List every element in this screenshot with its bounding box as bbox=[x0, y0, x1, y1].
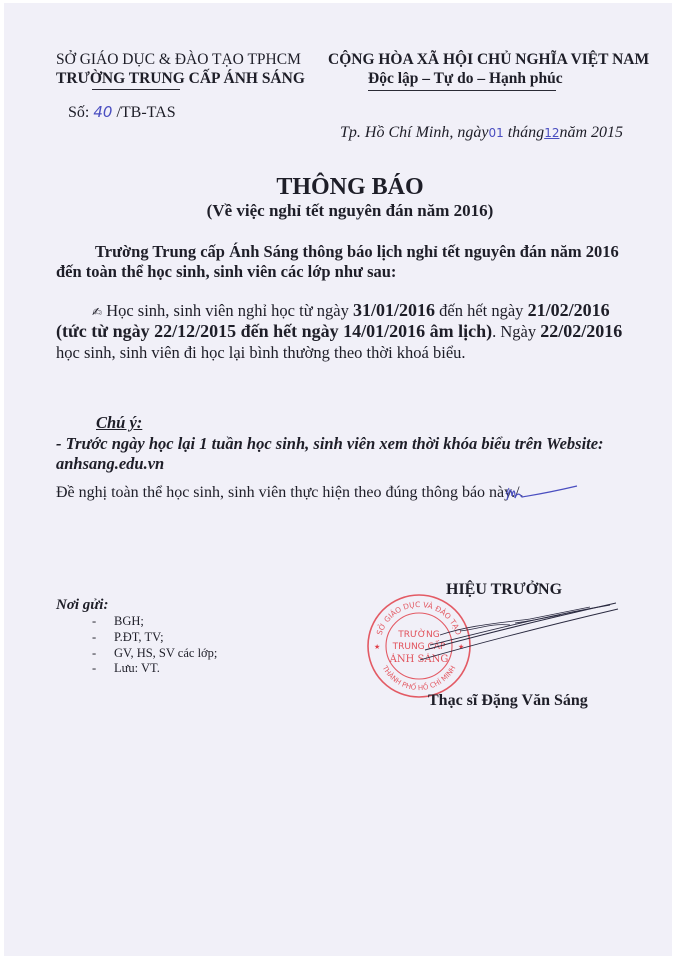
schedule-line-2: (tức từ ngày 22/12/2015 đến hết ngày 14/… bbox=[56, 321, 622, 342]
intro-line-1: Trường Trung cấp Ánh Sáng thông báo lịch… bbox=[95, 242, 619, 262]
document-subtitle: (Về việc nghỉ tết nguyên đán năm 2016) bbox=[0, 201, 700, 221]
handwritten-initials-icon bbox=[503, 482, 579, 504]
schedule-text-3: . Ngày bbox=[492, 322, 536, 341]
school-underline bbox=[92, 89, 180, 90]
document-title: THÔNG BÁO bbox=[0, 174, 700, 201]
motto: Độc lập – Tự do – Hạnh phúc bbox=[368, 70, 563, 88]
recipient-item: -P.ĐT, TV; bbox=[92, 630, 164, 645]
pen-icon: ✍ bbox=[92, 305, 102, 319]
date-month-label: tháng bbox=[508, 124, 544, 141]
date-month: 12 bbox=[544, 126, 559, 140]
motto-underline bbox=[368, 90, 556, 91]
document-number: Số:40/TB-TAS bbox=[68, 103, 176, 122]
start-date: 31/01/2016 bbox=[353, 300, 435, 320]
date-place: Tp. Hồ Chí Minh, ngày bbox=[340, 124, 488, 141]
school-name: TRƯỜNG TRUNG CẤP ÁNH SÁNG bbox=[56, 70, 305, 88]
note-label: Chú ý: bbox=[96, 413, 142, 433]
recipient-item: -GV, HS, SV các lớp; bbox=[92, 646, 217, 661]
note-website: anhsang.edu.vn bbox=[56, 454, 164, 474]
note-line-1: - Trước ngày học lại 1 tuần học sinh, si… bbox=[56, 434, 604, 454]
lunar-dates: (tức từ ngày 22/12/2015 đến hết ngày 14/… bbox=[56, 321, 492, 341]
signature-icon bbox=[420, 595, 620, 665]
recipient-item: -BGH; bbox=[92, 614, 144, 629]
number-handwritten: 40 bbox=[93, 103, 112, 121]
nation-heading: CỘNG HÒA XÃ HỘI CHỦ NGHĨA VIỆT NAM bbox=[328, 51, 649, 69]
signatory-name: Thạc sĩ Đặng Văn Sáng bbox=[428, 692, 588, 710]
date-line: Tp. Hồ Chí Minh, ngày01 tháng12năm 2015 bbox=[340, 124, 623, 142]
schedule-text-1: Học sinh, sinh viên nghỉ học từ ngày bbox=[106, 301, 349, 320]
svg-text:THÀNH PHỐ HỒ CHÍ MINH: THÀNH PHỐ HỒ CHÍ MINH bbox=[380, 664, 457, 692]
date-day: 01 bbox=[488, 126, 503, 140]
recipient-item: -Lưu: VT. bbox=[92, 661, 160, 676]
return-date: 22/02/2016 bbox=[540, 321, 622, 341]
number-prefix: Số: bbox=[68, 104, 89, 121]
department-name: SỞ GIÁO DỤC & ĐÀO TẠO TPHCM bbox=[56, 51, 301, 69]
number-suffix: /TB-TAS bbox=[116, 104, 175, 121]
recipients-label: Nơi gửi: bbox=[56, 597, 108, 614]
intro-line-2: đến toàn thể học sinh, sinh viên các lớp… bbox=[56, 262, 396, 282]
document-page bbox=[4, 3, 672, 956]
schedule-line-3: học sinh, sinh viên đi học lại bình thườ… bbox=[56, 343, 466, 363]
schedule-text-2: đến hết ngày bbox=[439, 301, 523, 320]
date-year: năm 2015 bbox=[559, 124, 623, 141]
svg-text:★: ★ bbox=[374, 643, 380, 651]
end-date: 21/02/2016 bbox=[528, 300, 610, 320]
schedule-line-1: ✍ Học sinh, sinh viên nghỉ học từ ngày 3… bbox=[92, 300, 610, 321]
closing-request: Đề nghị toàn thể học sinh, sinh viên thự… bbox=[56, 484, 524, 502]
